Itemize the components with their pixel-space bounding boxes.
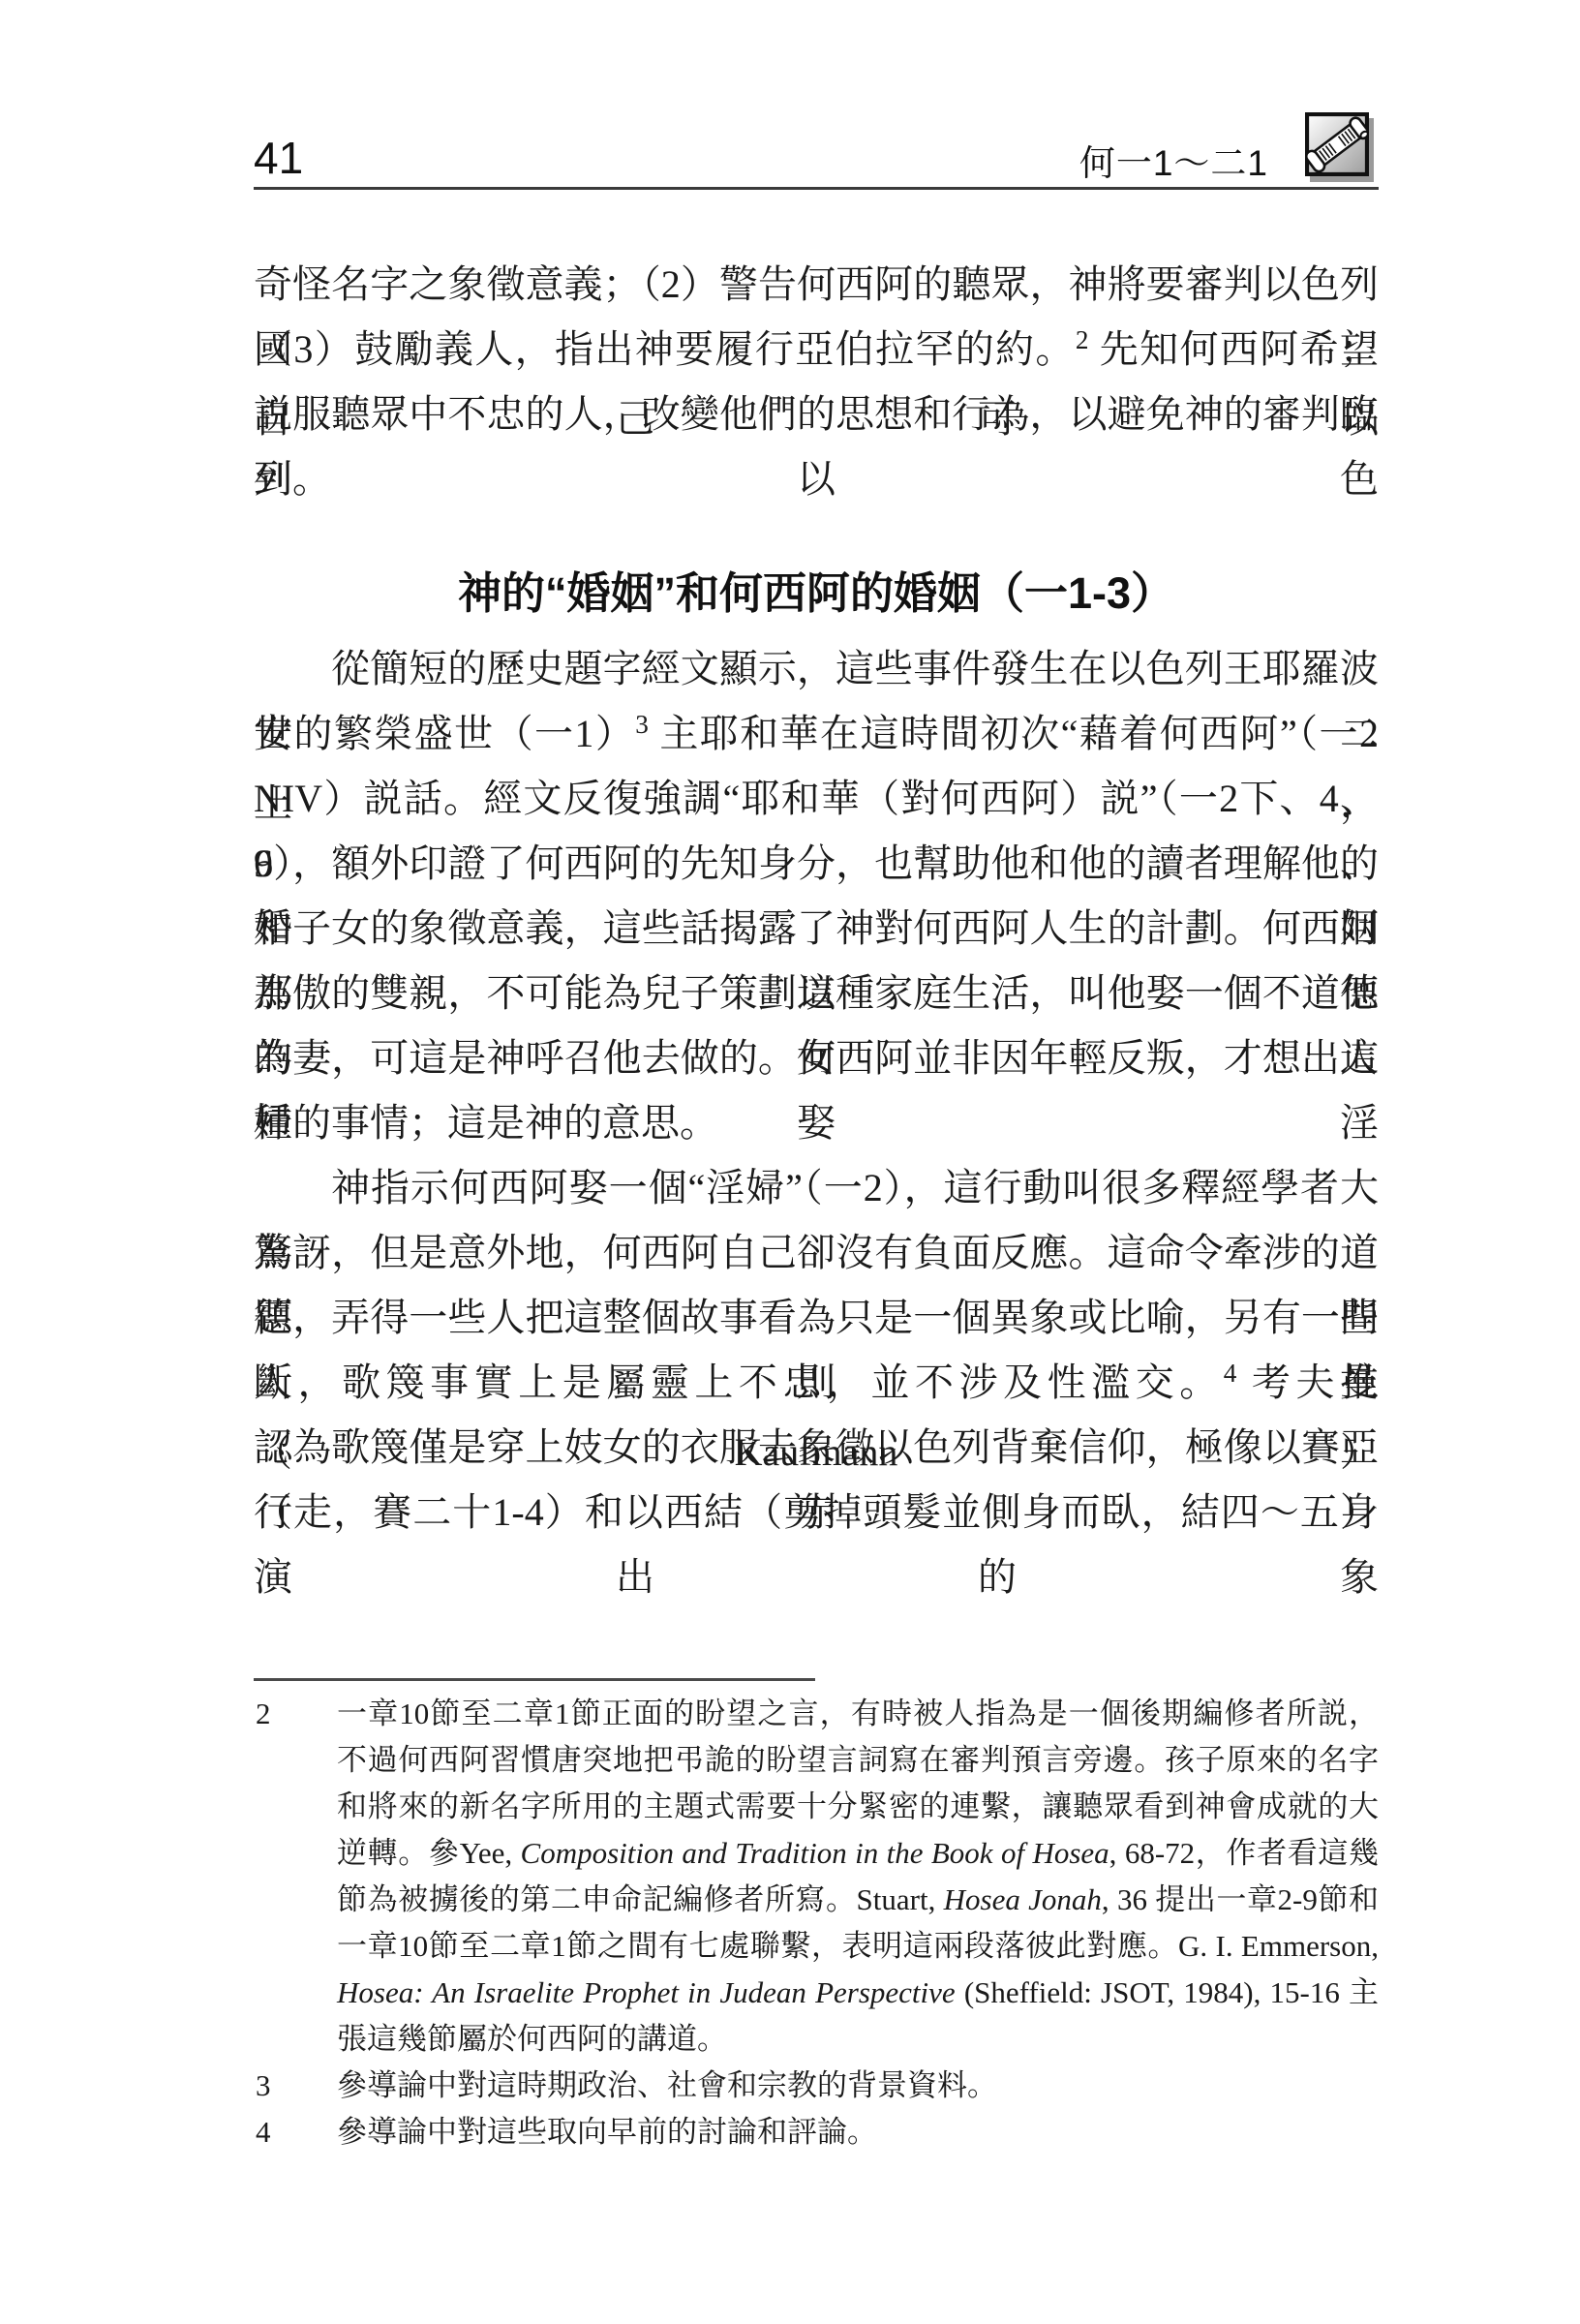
footnotes: 2一章10節至二章1節正面的盼望之言，有時被人指為是一個後期編修者所説，不過何西… bbox=[254, 1691, 1379, 2156]
book-page: { "page": { "number": "41", "header": "何… bbox=[0, 0, 1580, 2324]
footnote-line: 逆轉。參Yee, Composition and Tradition in th… bbox=[337, 1830, 1379, 1877]
text-run: 斷，歌篾事實上是屬靈上不忠，並不涉及性濫交。 bbox=[254, 1361, 1224, 1404]
text-run: 列。 bbox=[254, 457, 331, 501]
body-line: （3）鼓勵義人，指出神要履行亞伯拉罕的約。2 先知何西阿希望自己可以 bbox=[254, 317, 1379, 382]
footnote-line: 和將來的新名字所用的主題式需要十分緊密的連繫，讓聽眾看到神會成就的大 bbox=[337, 1784, 1379, 1830]
footnote-line: 不過何西阿習慣唐突地把弔詭的盼望言詞寫在審判預言旁邊。孩子原來的名字 bbox=[337, 1737, 1379, 1784]
text-run: 逆轉。參Yee, bbox=[337, 1836, 521, 1870]
body-text: 奇怪名字之象徵意義；（2）警告何西阿的聽眾，神將要審判以色列國；（3）鼓勵義人，… bbox=[254, 252, 1379, 1544]
body-line: 為妻，可這是神呼召他去做的。何西阿並非因年輕反叛，才想出這種娶淫 bbox=[254, 1025, 1379, 1090]
body-line: NIV）説話。經文反復強調“耶和華（對何西阿）説”（一2下、4、6、 bbox=[254, 766, 1379, 831]
italic-title: Composition and Tradition in the Book of… bbox=[521, 1836, 1109, 1870]
body-line: 9），額外印證了何西阿的先知身分，也幫助他和他的讀者理解他的婚姻 bbox=[254, 831, 1379, 896]
body-line: 説服聽眾中不忠的人，改變他們的思想和行為，以避免神的審判臨到以色 bbox=[254, 382, 1379, 446]
footnote: 2一章10節至二章1節正面的盼望之言，有時被人指為是一個後期編修者所説，不過何西… bbox=[254, 1691, 1379, 2063]
footnote: 3參導論中對這時期政治、社會和宗教的背景資料。 bbox=[254, 2063, 1379, 2109]
text-run: , 68-72，作者看這幾 bbox=[1109, 1836, 1379, 1870]
footnote-separator bbox=[254, 1678, 815, 1681]
footnote: 4參導論中對這些取向早前的討論和評論。 bbox=[254, 2109, 1379, 2156]
text-run: 參導論中對這些取向早前的討論和評論。 bbox=[337, 2115, 877, 2149]
text-run: 説服聽眾中不忠的人，改變他們的思想和行為，以避免神的審判臨到以色 bbox=[254, 392, 1379, 501]
text-run: 婦的事情；這是神的意思。 bbox=[254, 1101, 718, 1145]
body-line: 和子女的象徵意義，這些話揭露了神對何西阿人生的計劃。何西阿那以他 bbox=[254, 896, 1379, 961]
italic-title: Hosea Jonah bbox=[944, 1882, 1102, 1916]
body-line: 驚訝，但是意外地，何西阿自己卻沒有負面反應。這命令牽涉的道德問 bbox=[254, 1220, 1379, 1285]
body-line: 行走，賽二十1-4）和以西結（剪掉頭髮並側身而臥，結四～五）演出的象 bbox=[254, 1480, 1379, 1544]
footnote-line: 參導論中對這些取向早前的討論和評論。 bbox=[337, 2109, 1379, 2156]
text-run: 和將來的新名字所用的主題式需要十分緊密的連繫，讓聽眾看到神會成就的大 bbox=[337, 1789, 1379, 1823]
footnote-line: 參導論中對這時期政治、社會和宗教的背景資料。 bbox=[337, 2063, 1379, 2109]
text-run: 不過何西阿習慣唐突地把弔詭的盼望言詞寫在審判預言旁邊。孩子原來的名字 bbox=[337, 1743, 1379, 1777]
scroll-icon bbox=[1305, 112, 1369, 176]
page-number: 41 bbox=[254, 136, 303, 180]
text-run: 行走，賽二十1-4）和以西結（剪掉頭髮並側身而臥，結四～五）演出的象 bbox=[254, 1490, 1379, 1599]
text-run: 一章10節至二章1節之間有七處聯繫，表明這兩段落彼此對應。G. I. Emmer… bbox=[337, 1929, 1379, 1963]
footnote-number: 2 bbox=[256, 1691, 271, 1737]
footnote-marker: 3 bbox=[635, 710, 649, 739]
section-heading: 神的“婚姻”和何西阿的婚姻（一1-3） bbox=[254, 565, 1379, 623]
footnote-line: 一章10節至二章1節之間有七處聯繫，表明這兩段落彼此對應。G. I. Emmer… bbox=[337, 1923, 1379, 1970]
text-run: 一章10節至二章1節正面的盼望之言，有時被人指為是一個後期編修者所説， bbox=[337, 1697, 1379, 1730]
header-rule bbox=[254, 187, 1379, 190]
footnote-marker: 2 bbox=[1076, 325, 1089, 354]
text-run: 世的繁榮盛世（一1） bbox=[254, 712, 635, 755]
text-run: 張這幾節屬於何西阿的講道。 bbox=[337, 2022, 727, 2056]
text-run: 參導論中對這時期政治、社會和宗教的背景資料。 bbox=[337, 2068, 997, 2102]
footnote-marker: 4 bbox=[1224, 1359, 1237, 1388]
body-line: 世的繁榮盛世（一1）3 主耶和華在這時間初次“藉着何西阿”（一2上， bbox=[254, 701, 1379, 766]
body-line: 奇怪名字之象徵意義；（2）警告何西阿的聽眾，神將要審判以色列國； bbox=[254, 252, 1379, 317]
running-header: 何一1～二1 bbox=[1079, 145, 1268, 181]
body-line: 神指示何西阿娶一個“淫婦”（一2），這行動叫很多釋經學者大為 bbox=[254, 1155, 1379, 1220]
body-line: 斷，歌篾事實上是屬靈上不忠，並不涉及性濫交。4 考夫曼（Kaufmann） bbox=[254, 1350, 1379, 1415]
body-line: 題，弄得一些人把這整個故事看為只是一個異象或比喻，另有一些人則推 bbox=[254, 1285, 1379, 1350]
body-line: 認為歌篾僅是穿上妓女的衣服去象徵以色列背棄信仰，極像以賽亞（赤身 bbox=[254, 1415, 1379, 1480]
footnote-line: 張這幾節屬於何西阿的講道。 bbox=[337, 2016, 1379, 2063]
text-run: (Sheffield: JSOT, 1984), 15-16 主 bbox=[956, 1975, 1379, 2009]
footnote-number: 3 bbox=[256, 2063, 271, 2109]
text-run: （3）鼓勵義人，指出神要履行亞伯拉罕的約。 bbox=[254, 327, 1076, 371]
footnote-number: 4 bbox=[256, 2109, 271, 2156]
footnote-line: Hosea: An Israelite Prophet in Judean Pe… bbox=[337, 1970, 1379, 2016]
footnote-line: 節為被擄後的第二申命記編修者所寫。Stuart, Hosea Jonah, 36… bbox=[337, 1877, 1379, 1923]
body-line: 從簡短的歷史題字經文顯示，這些事件發生在以色列王耶羅波安二 bbox=[254, 636, 1379, 701]
body-line: 為傲的雙親，不可能為兒子策劃這種家庭生活，叫他娶一個不道德的女人 bbox=[254, 961, 1379, 1025]
footnote-line: 一章10節至二章1節正面的盼望之言，有時被人指為是一個後期編修者所説， bbox=[337, 1691, 1379, 1737]
text-run: 節為被擄後的第二申命記編修者所寫。Stuart, bbox=[337, 1882, 944, 1916]
italic-title: Hosea: An Israelite Prophet in Judean Pe… bbox=[337, 1975, 956, 2009]
text-run: , 36 提出一章2-9節和 bbox=[1102, 1882, 1379, 1916]
